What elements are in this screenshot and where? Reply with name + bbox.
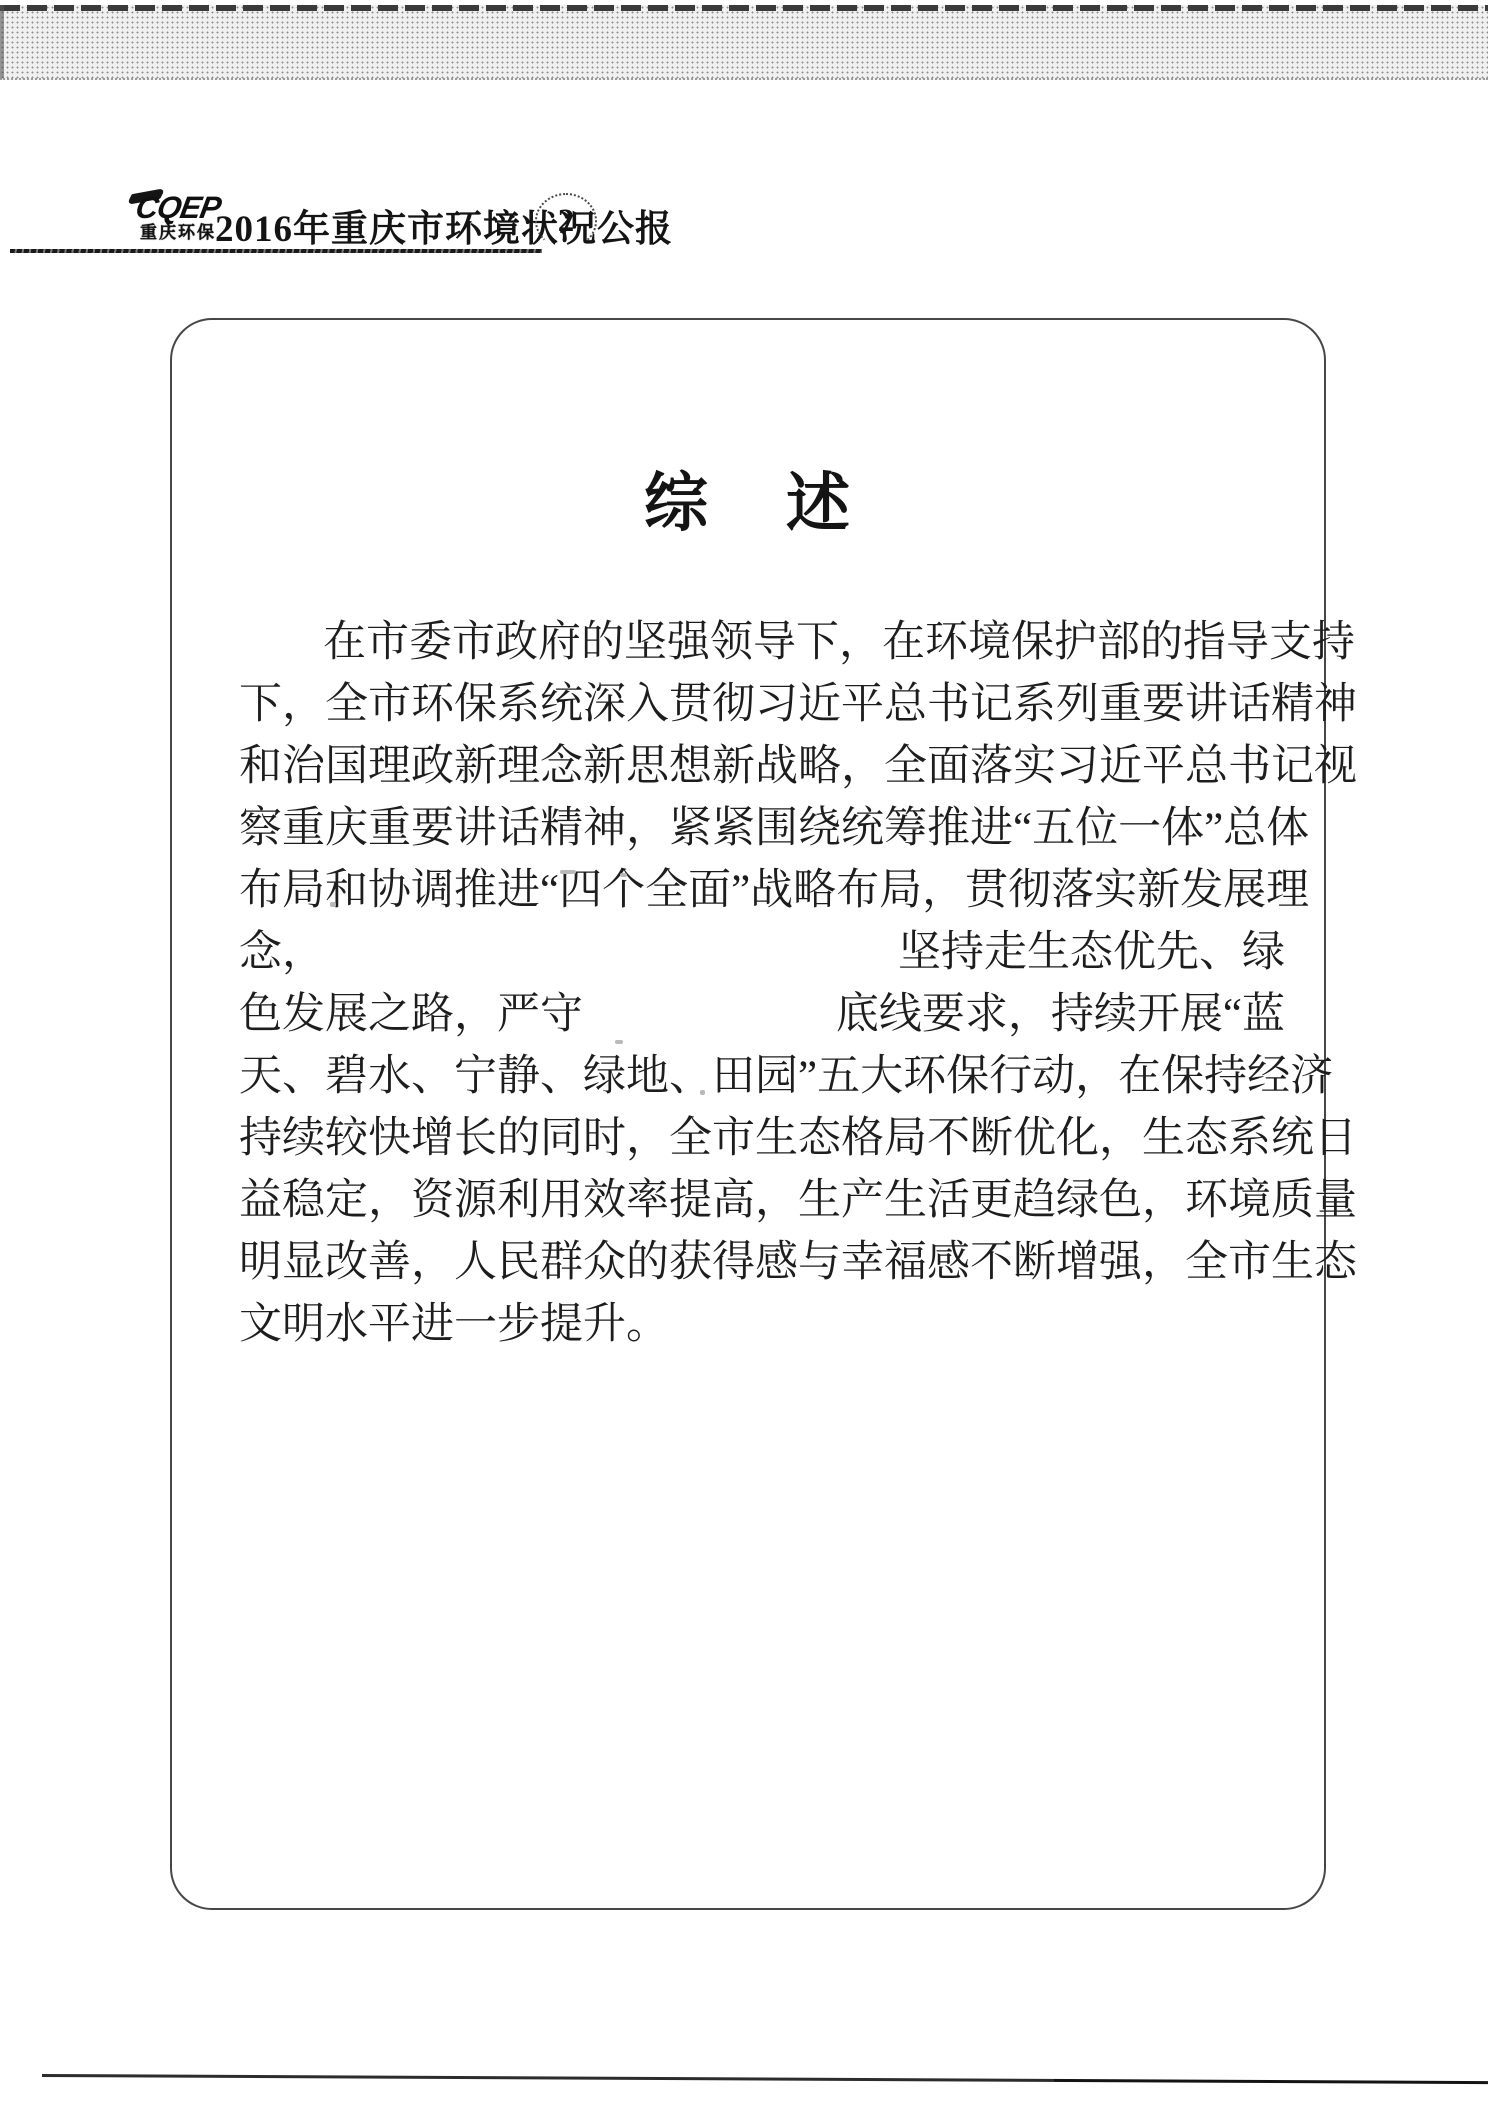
paragraph-line: 持续较快增长的同时，全市生态格局不断优化，生态系统日 — [239, 1108, 1285, 1170]
paragraph-line: 文明水平进一步提升。 — [239, 1294, 1285, 1356]
paragraph-line: 益稳定，资源利用效率提高，生产生活更趋绿色，环境质量 — [239, 1170, 1285, 1232]
scan-artifact — [620, 873, 627, 877]
overview-paragraph: 在市委市政府的坚强领导下，在环境保护部的指导支持 下，全市环保系统深入贯彻习近平… — [239, 612, 1285, 1356]
scan-artifact — [700, 1090, 705, 1095]
scan-artifact — [615, 1040, 623, 1044]
bottom-scan-line — [42, 2074, 1488, 2084]
scan-artifact — [560, 870, 576, 874]
paragraph-line: 明显改善，人民群众的获得感与幸福感不断增强，全市生态 — [239, 1232, 1285, 1294]
line-left-fragment: 念， — [239, 922, 325, 984]
paragraph-line: 和治国理政新理念新思想新战略，全面落实习近平总书记视 — [239, 736, 1285, 798]
line-left-fragment: 色发展之路，严守 — [239, 984, 583, 1046]
paragraph-line: 下，全市环保系统深入贯彻习近平总书记系列重要讲话精神 — [239, 674, 1285, 736]
scan-artifact — [330, 902, 336, 907]
page-number-badge: 2 — [535, 193, 597, 249]
top-scan-band — [0, 5, 1488, 80]
paragraph-line: 天、碧水、宁静、绿地、田园”五大环保行动，在保持经济 — [239, 1046, 1285, 1108]
paragraph-line-with-gap: 色发展之路，严守 底线要求，持续开展“蓝 — [239, 984, 1285, 1046]
scanned-report-page: CQEP 重庆环保 2016年重庆市环境状况公报 2 综 述 在市委市政府的坚强… — [0, 0, 1488, 2106]
line-right-fragment: 坚持走生态优先、绿 — [898, 922, 1285, 984]
paragraph-line-with-gap: 念， 坚持走生态优先、绿 — [239, 922, 1285, 984]
header-divider — [10, 249, 542, 253]
paragraph-line: 在市委市政府的坚强领导下，在环境保护部的指导支持 — [239, 612, 1285, 674]
paragraph-line: 察重庆重要讲话精神，紧紧围绕统筹推进“五位一体”总体 — [239, 798, 1285, 860]
section-heading: 综 述 — [170, 468, 1326, 540]
report-title: 2016年重庆市环境状况公报 — [215, 198, 673, 252]
paragraph-line: 布局和协调推进“四个全面”战略布局，贯彻落实新发展理 — [239, 860, 1285, 922]
line-right-fragment: 底线要求，持续开展“蓝 — [836, 984, 1285, 1046]
page-number: 2 — [558, 203, 575, 240]
